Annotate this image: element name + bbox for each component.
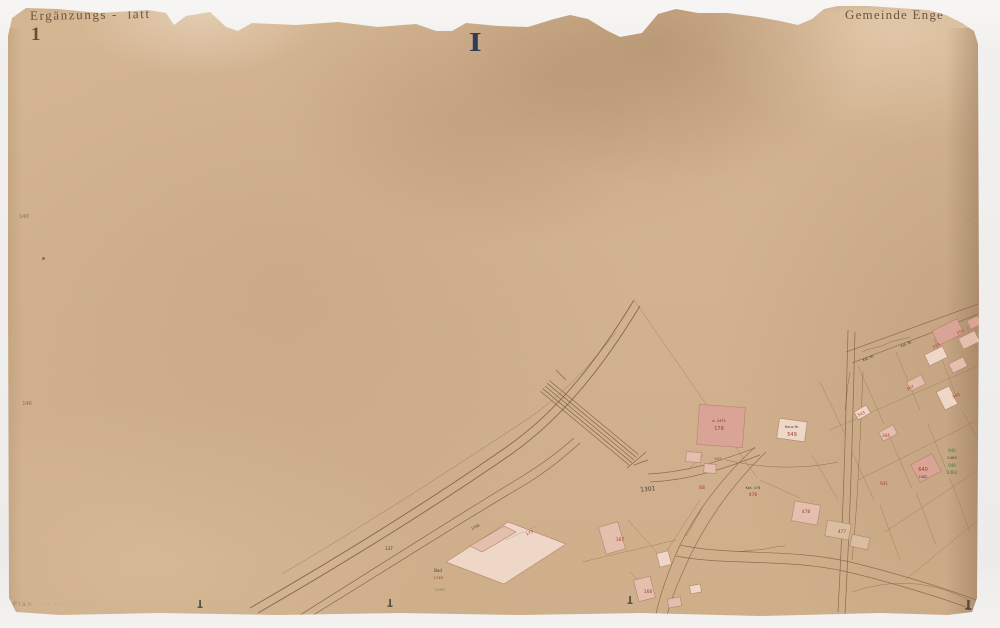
map-label: 641 <box>880 481 888 486</box>
map-label: 2482 <box>919 475 928 479</box>
map-label: 476 <box>749 492 758 498</box>
map-label: 1746 <box>433 575 443 580</box>
edge-ink-mark <box>981 437 985 450</box>
map-label: 946 <box>948 463 956 468</box>
map-label: 545 <box>952 392 962 400</box>
map-label: a. 2475 <box>712 419 725 423</box>
map-label: 344 <box>882 433 890 438</box>
parcel-boundaries <box>582 300 978 602</box>
railway-corridor-right <box>838 330 863 614</box>
scanned-map-sheet: Ergänzungs - latt 1 I Gemeinde Enge ·· ·… <box>0 0 1000 628</box>
map-label: 1768 <box>471 523 482 531</box>
map-label: 549 <box>787 432 797 438</box>
map-label: 940 <box>948 448 956 453</box>
map-label: · ··· <box>963 219 970 224</box>
map-label: 167 <box>616 537 625 543</box>
sheet-border-ticks <box>198 596 972 610</box>
map-label: 2464 <box>947 470 958 475</box>
map-label: 2150 <box>435 587 445 592</box>
map-label: 168 <box>644 589 653 595</box>
map-label: Kat. 476 <box>746 486 761 490</box>
map-label: Haus Nr. <box>785 425 800 429</box>
map-label: 477 <box>838 529 846 534</box>
map-label: Kat. Nr. <box>862 354 875 362</box>
map-label: 2463 <box>947 455 957 460</box>
map-label: 178 <box>714 426 724 432</box>
map-label: 137 <box>385 546 393 551</box>
map-label: 1301 <box>640 485 656 494</box>
map-canvas: a. 2475178681301167168Kat. 476476478477H… <box>0 0 1000 628</box>
map-label: 478 <box>802 509 811 515</box>
map-label: 455 <box>714 456 722 461</box>
map-paper: Ergänzungs - latt 1 I Gemeinde Enge ·· ·… <box>0 0 1000 628</box>
map-label: 146 <box>22 401 32 407</box>
map-label: 68 <box>699 485 705 491</box>
map-label: 640 <box>918 467 928 473</box>
railway-lines <box>250 300 640 617</box>
railway-junction-sidings <box>541 370 649 468</box>
map-label: Bad <box>434 568 442 573</box>
map-label: 140 <box>19 214 29 220</box>
map-label: Kat. Nr. <box>900 340 913 348</box>
